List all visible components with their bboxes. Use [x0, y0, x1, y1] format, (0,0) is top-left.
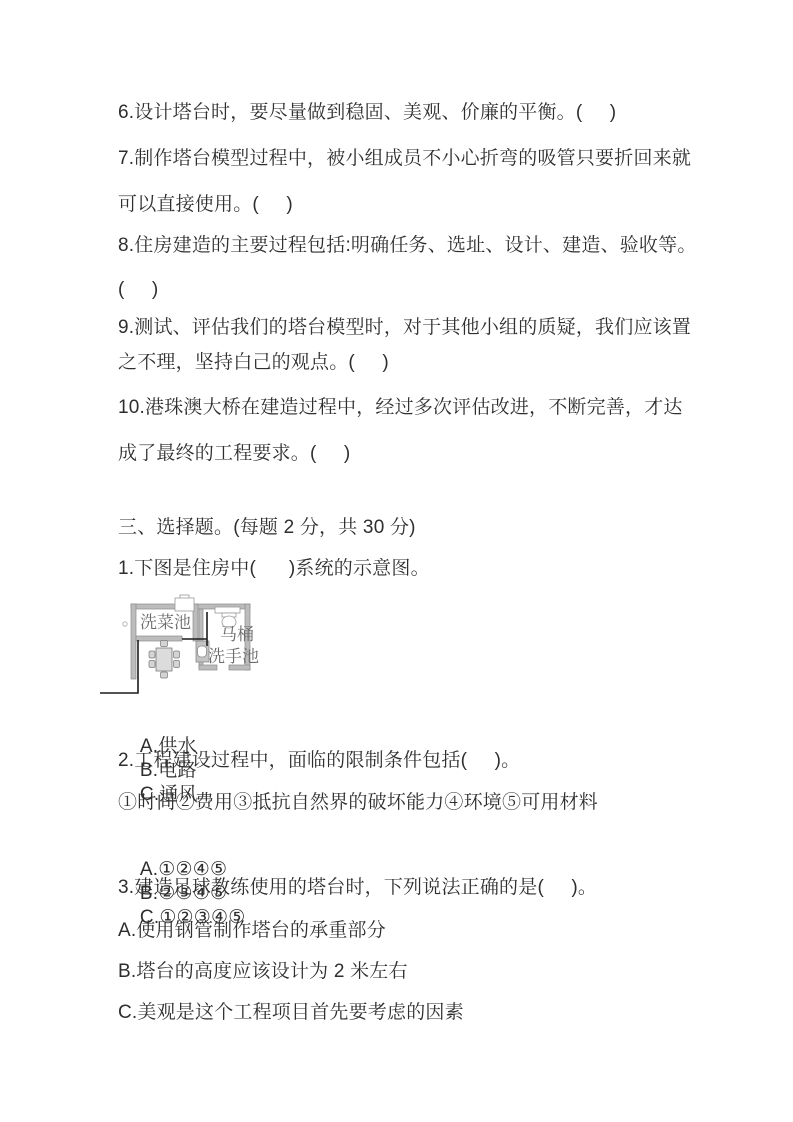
floor-plan-diagram: 洗菜池 马桶 洗手池: [95, 594, 280, 721]
judge-question-6: 6.设计塔台时，要尽量做到稳固、美观、价廉的平衡。( ): [118, 101, 616, 125]
chair-icon: [174, 651, 180, 658]
door-knob-icon: [123, 622, 127, 626]
toilet-label: 马桶: [220, 625, 254, 644]
q3-option-b: B.塔台的高度应该设计为 2 米左右: [118, 960, 408, 984]
judge-question-9-line-1: 9.测试、评估我们的塔台模型时，对于其他小组的质疑，我们应该置: [118, 316, 691, 340]
test-paper-page: 6.设计塔台时，要尽量做到稳固、美观、价廉的平衡。( ) 7.制作塔台模型过程中…: [0, 0, 793, 1122]
q3-option-c: C.美观是这个工程项目首先要考虑的因素: [118, 1001, 464, 1025]
wall-kitchen-bottom: [136, 636, 182, 641]
chair-icon: [174, 661, 180, 668]
toilet-tank-icon: [215, 607, 240, 613]
kitchen-sink-label: 洗菜池: [140, 613, 191, 632]
q3-stem: 3.建造足球教练使用的塔台时，下列说法正确的是( )。: [118, 876, 597, 900]
kitchen-sink-icon: [175, 598, 194, 611]
judge-question-8-line-2: ( ): [118, 278, 158, 302]
judge-question-10-line-1: 10.港珠澳大桥在建造过程中，经过多次评估改进，不断完善，才达: [118, 396, 683, 420]
chair-icon: [149, 651, 155, 658]
judge-question-7-line-2: 可以直接使用。( ): [118, 193, 293, 217]
judge-question-9-line-2: 之不理，坚持白己的观点。( ): [118, 351, 389, 375]
judge-question-7-line-1: 7.制作塔台模型过程中，被小组成员不小心折弯的吸管只要折回来就: [118, 147, 691, 171]
judge-question-8-line-1: 8.住房建造的主要过程包括:明确任务、选址、设计、建造、验收等。: [118, 234, 697, 258]
chair-icon: [161, 672, 168, 678]
q2-stem: 2.工程建设过程中，面临的限制条件包括( )。: [118, 749, 520, 773]
chair-icon: [161, 641, 168, 647]
floor-plan-svg: 洗菜池 马桶 洗手池: [95, 594, 280, 716]
hand-sink-label: 洗手池: [208, 647, 259, 666]
section-3-heading: 三、选择题。(每题 2 分，共 30 分): [118, 516, 416, 540]
wall-left: [131, 604, 136, 679]
chair-icon: [149, 661, 155, 668]
dining-table-icon: [156, 648, 172, 671]
hand-sink-basin-icon: [198, 646, 207, 657]
q1-stem: 1.下图是住房中( )系统的示意图。: [118, 557, 430, 581]
q2-numbered-conditions: ①时间②费用③抵抗自然界的破坏能力④环境⑤可用材料: [118, 791, 598, 815]
judge-question-10-line-2: 成了最终的工程要求。( ): [118, 442, 350, 466]
q3-option-a: A.使用钢管制作塔台的承重部分: [118, 919, 386, 943]
